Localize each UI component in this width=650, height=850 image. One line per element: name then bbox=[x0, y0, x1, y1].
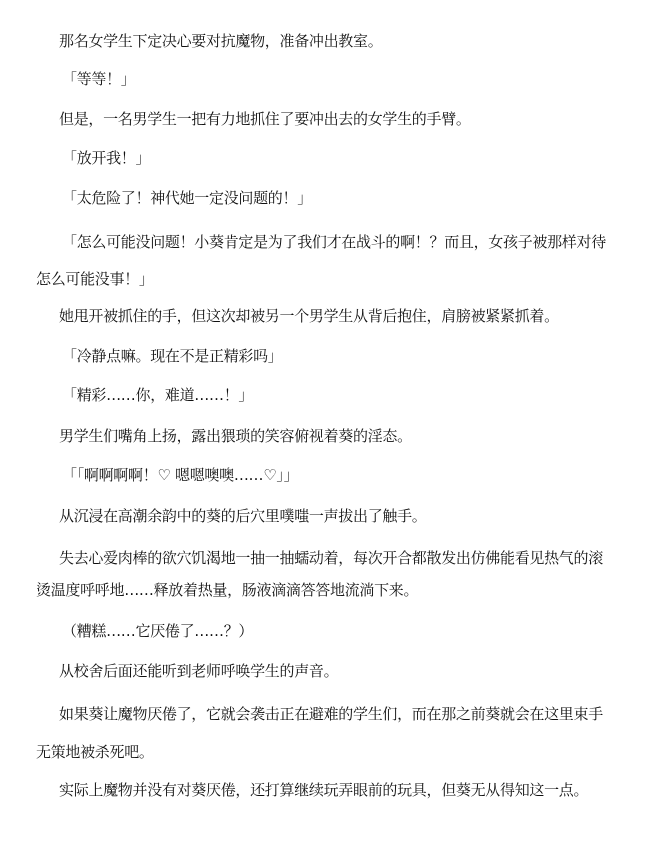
paragraph-line: 那名女学生下定决心要对抗魔物，准备冲出教室。 bbox=[59, 30, 639, 52]
paragraph-line: 但是，一名男学生一把有力地抓住了要冲出去的女学生的手臂。 bbox=[59, 108, 639, 130]
dialogue-line: 「冷静点嘛。现在不是正精彩吗」 bbox=[62, 345, 642, 367]
dialogue-line: 「「啊啊啊啊！♡ 嗯嗯噢噢……♡」」 bbox=[62, 464, 642, 486]
paragraph-line: 她甩开被抓住的手，但这次却被另一个男学生从背后抱住，肩膀被紧紧抓着。 bbox=[59, 305, 639, 327]
dialogue-line: 「太危险了！神代她一定没问题的！」 bbox=[62, 187, 642, 209]
document-page: 那名女学生下定决心要对抗魔物，准备冲出教室。「等等！」但是，一名男学生一把有力地… bbox=[0, 0, 650, 850]
paragraph-line: 男学生们嘴角上扬，露出猥琐的笑容俯视着葵的淫态。 bbox=[59, 425, 639, 447]
paragraph-line: 从沉浸在高潮余韵中的葵的后穴里噗嗤一声拔出了触手。 bbox=[59, 505, 639, 527]
paragraph-line: 失去心爱肉棒的欲穴饥渴地一抽一抽蠕动着，每次开合都散发出仿佛能看见热气的滚 bbox=[59, 547, 639, 569]
paragraph-line: 怎么可能没事！」 bbox=[36, 268, 616, 290]
dialogue-line: 「等等！」 bbox=[62, 68, 642, 90]
dialogue-line: 「怎么可能没问题！小葵肯定是为了我们才在战斗的啊！？而且，女孩子被那样对待 bbox=[62, 231, 642, 253]
paragraph-line: 无策地被杀死吧。 bbox=[36, 741, 616, 763]
dialogue-line: （糟糕……它厌倦了……？） bbox=[62, 620, 642, 642]
paragraph-line: 从校舍后面还能听到老师呼唤学生的声音。 bbox=[59, 660, 639, 682]
dialogue-line: 「精彩……你，难道……！」 bbox=[62, 384, 642, 406]
dialogue-line: 「放开我！」 bbox=[62, 147, 642, 169]
paragraph-line: 实际上魔物并没有对葵厌倦，还打算继续玩弄眼前的玩具，但葵无从得知这一点。 bbox=[59, 779, 639, 801]
paragraph-line: 烫温度呼呼地……释放着热量，肠液滴滴答答地流淌下来。 bbox=[36, 579, 616, 601]
paragraph-line: 如果葵让魔物厌倦了，它就会袭击正在避难的学生们，而在那之前葵就会在这里束手 bbox=[59, 703, 639, 725]
